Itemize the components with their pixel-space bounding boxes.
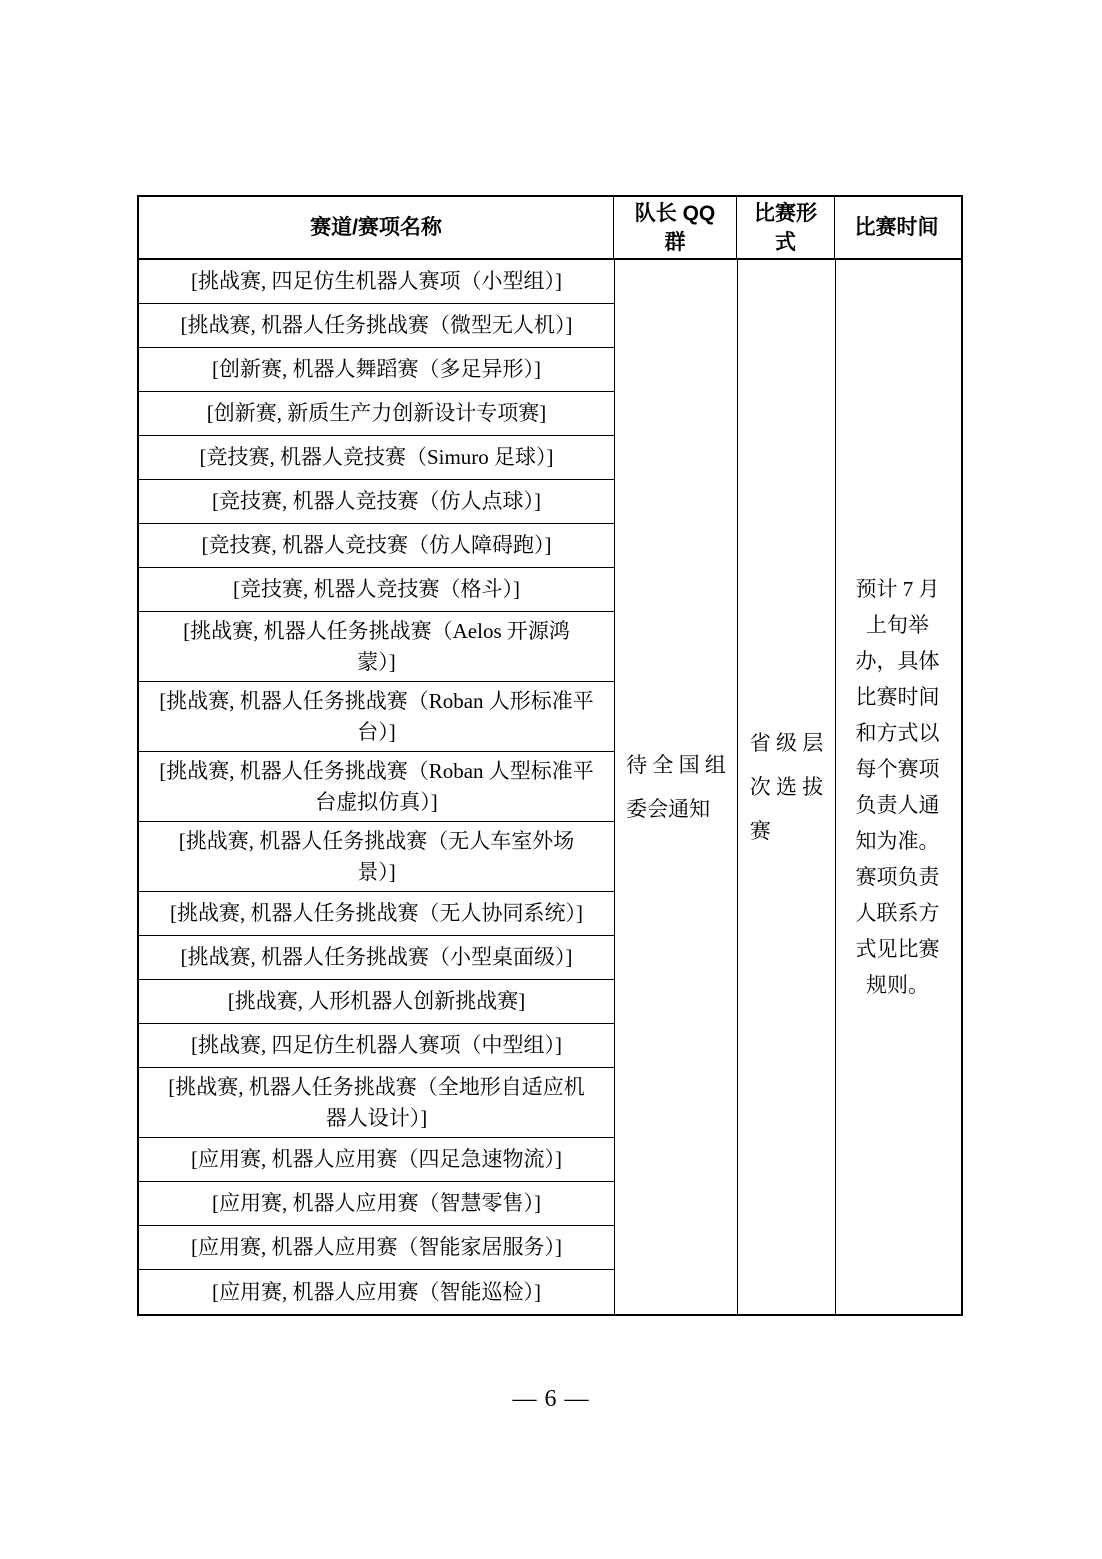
table-row: [应用赛, 机器人应用赛（智能家居服务）]	[139, 1226, 614, 1270]
table-row: [竞技赛, 机器人竞技赛（Simuro 足球）]	[139, 436, 614, 480]
competition-format-cell: 省 级 层 次 选 拔 赛	[738, 260, 836, 1314]
table-header-competition-format: 比赛形 式	[737, 197, 835, 258]
table-row: [应用赛, 机器人应用赛（智慧零售）]	[139, 1182, 614, 1226]
table-row: [挑战赛, 机器人任务挑战赛（Roban 人形标准平 台）]	[139, 682, 614, 752]
table-row: [应用赛, 机器人应用赛（四足急速物流）]	[139, 1138, 614, 1182]
table-row: [挑战赛, 机器人任务挑战赛（Aelos 开源鸿 蒙）]	[139, 612, 614, 682]
competition-format-text: 省 级 层 次 选 拔 赛	[750, 721, 824, 853]
table-row: [竞技赛, 机器人竞技赛（仿人点球）]	[139, 480, 614, 524]
table-row: [创新赛, 机器人舞蹈赛（多足异形）]	[139, 348, 614, 392]
table-row: [挑战赛, 机器人任务挑战赛（全地形自适应机 器人设计）]	[139, 1068, 614, 1138]
table-row: [挑战赛, 机器人任务挑战赛（小型桌面级）]	[139, 936, 614, 980]
captain-qq-group-text: 待 全 国 组 委会通知	[626, 743, 726, 831]
table-row: [竞技赛, 机器人竞技赛（仿人障碍跑）]	[139, 524, 614, 568]
table-row: [挑战赛, 人形机器人创新挑战赛]	[139, 980, 614, 1024]
events-table: 赛道/赛项名称 队长 QQ 群 比赛形 式 比赛时间 [挑战赛, 四足仿生机器人…	[137, 195, 963, 1316]
table-body: [挑战赛, 四足仿生机器人赛项（小型组）] [挑战赛, 机器人任务挑战赛（微型无…	[139, 260, 961, 1314]
table-row: [挑战赛, 四足仿生机器人赛项（中型组）]	[139, 1024, 614, 1068]
table-header-row: 赛道/赛项名称 队长 QQ 群 比赛形 式 比赛时间	[139, 197, 961, 260]
table-row: [应用赛, 机器人应用赛（智能巡检）]	[139, 1270, 614, 1314]
competition-time-text: 预计 7 月 上旬举 办，具体 比赛时间 和方式以 每个赛项 负责人通 知为准。…	[856, 571, 940, 1003]
table-row: [挑战赛, 机器人任务挑战赛（微型无人机）]	[139, 304, 614, 348]
competition-time-cell: 预计 7 月 上旬举 办，具体 比赛时间 和方式以 每个赛项 负责人通 知为准。…	[836, 260, 959, 1314]
page-number: — 6 —	[0, 1386, 1102, 1413]
table-row: [竞技赛, 机器人竞技赛（格斗）]	[139, 568, 614, 612]
table-row: [创新赛, 新质生产力创新设计专项赛]	[139, 392, 614, 436]
table-row: [挑战赛, 四足仿生机器人赛项（小型组）]	[139, 260, 614, 304]
event-name-column: [挑战赛, 四足仿生机器人赛项（小型组）] [挑战赛, 机器人任务挑战赛（微型无…	[139, 260, 615, 1314]
document-page: 赛道/赛项名称 队长 QQ 群 比赛形 式 比赛时间 [挑战赛, 四足仿生机器人…	[0, 0, 1102, 1559]
captain-qq-group-cell: 待 全 国 组 委会通知	[615, 260, 738, 1314]
table-header-competition-time: 比赛时间	[835, 197, 958, 258]
table-header-event-name: 赛道/赛项名称	[139, 197, 614, 258]
table-row: [挑战赛, 机器人任务挑战赛（无人协同系统）]	[139, 892, 614, 936]
table-row: [挑战赛, 机器人任务挑战赛（Roban 人型标准平 台虚拟仿真）]	[139, 752, 614, 822]
table-header-captain-qq-group: 队长 QQ 群	[614, 197, 737, 258]
table-row: [挑战赛, 机器人任务挑战赛（无人车室外场 景）]	[139, 822, 614, 892]
